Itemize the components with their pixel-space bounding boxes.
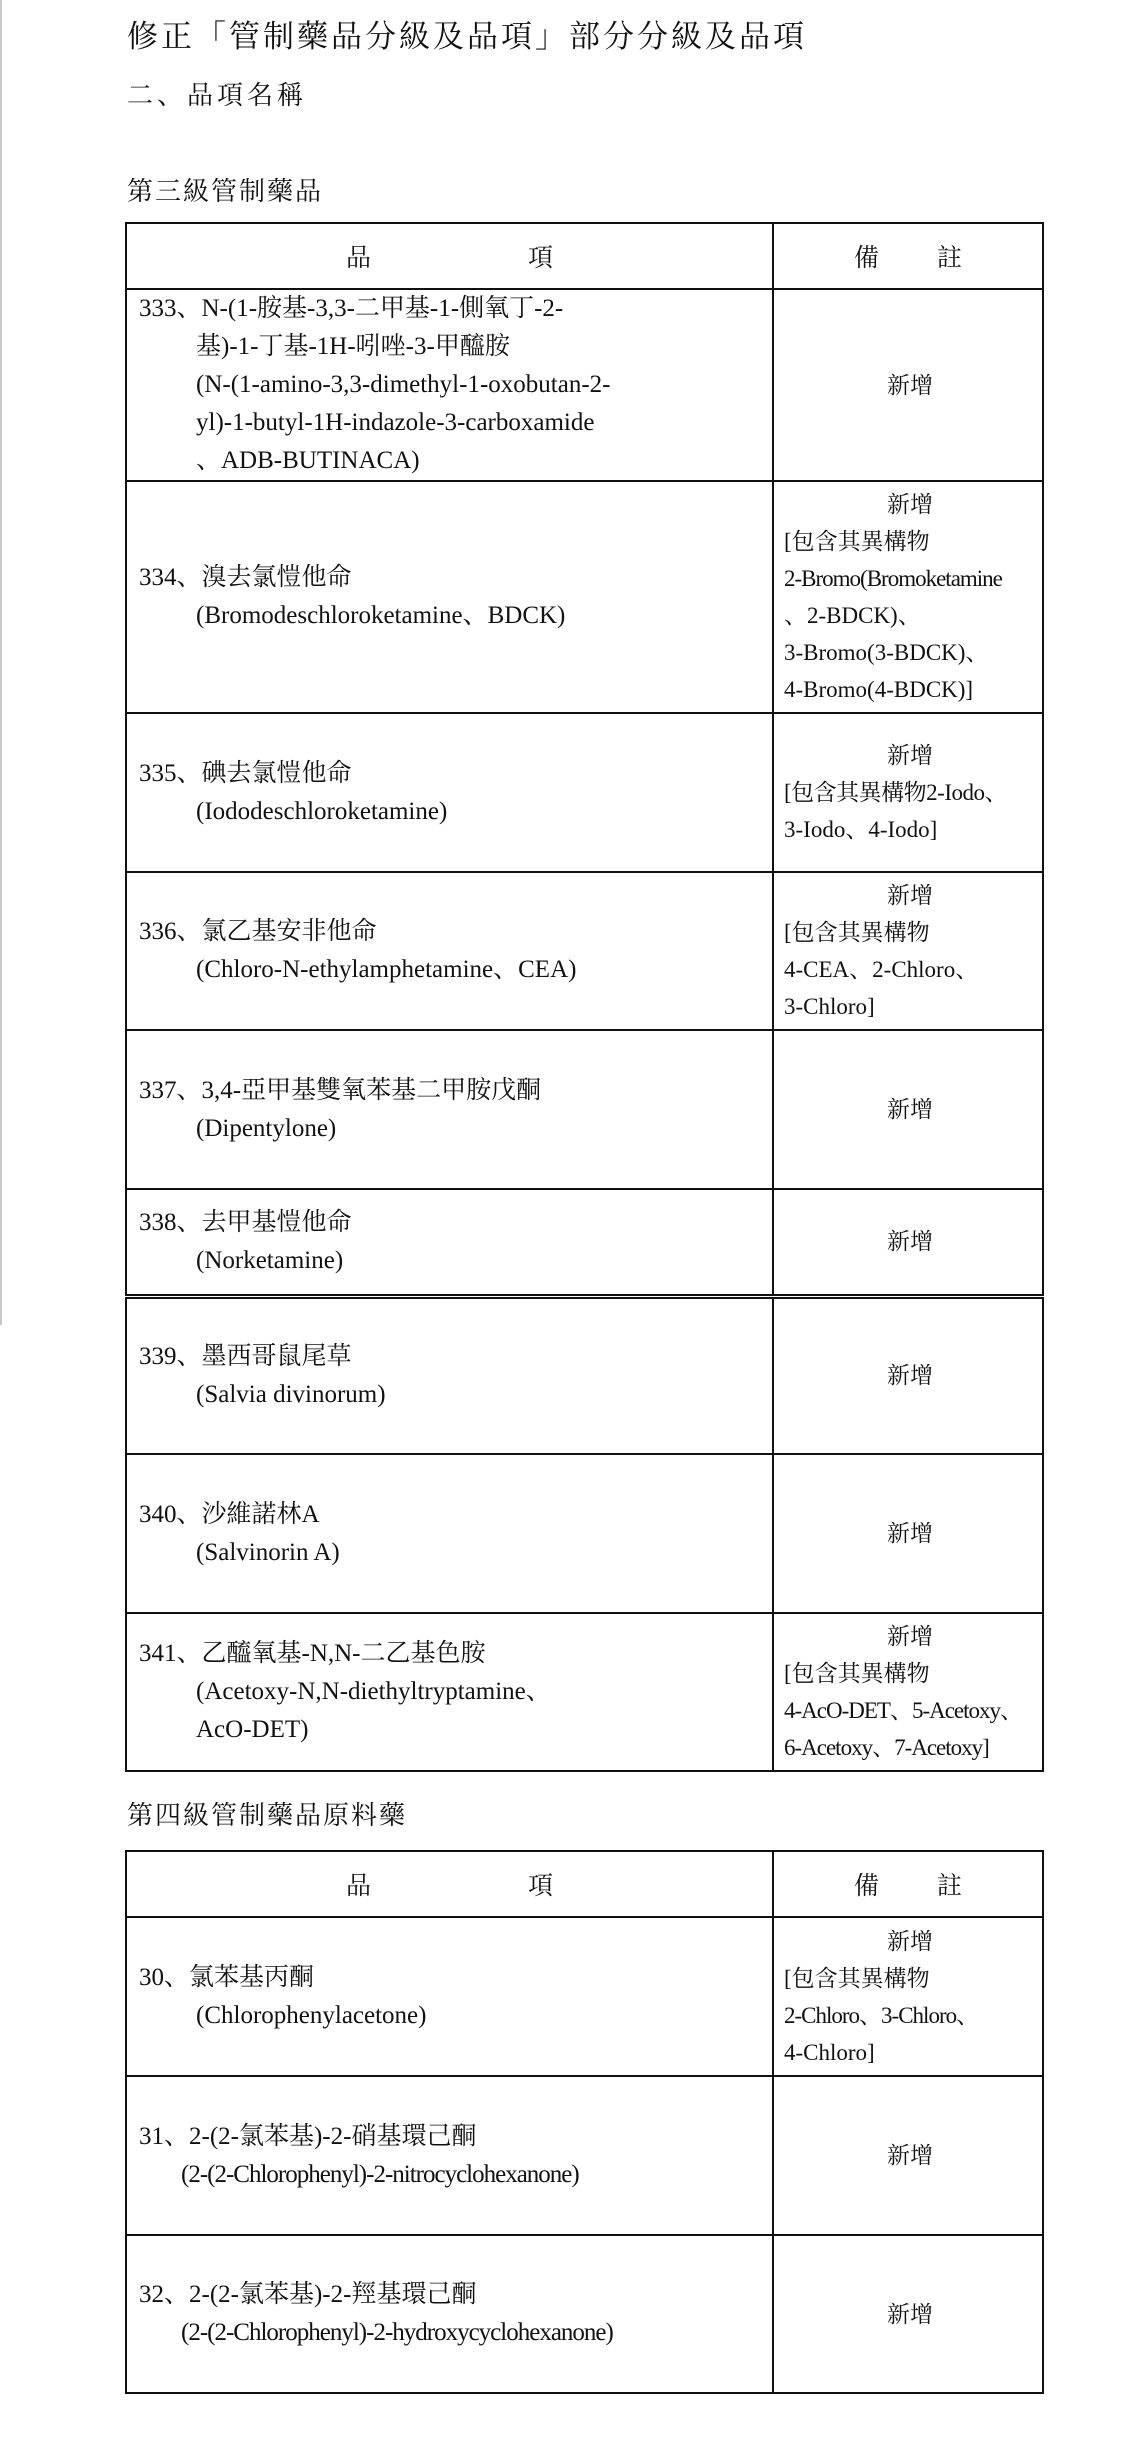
remark-status: 新增 bbox=[784, 1223, 1036, 1260]
item-line: 335、碘去氯愷他命 bbox=[139, 755, 762, 793]
item-line: (2-(2-Chlorophenyl)-2-hydroxycyclohexano… bbox=[139, 2314, 762, 2352]
header-item-char: 項 bbox=[528, 243, 553, 272]
remark-isomer-line: 4-Chloro] bbox=[784, 2034, 1036, 2071]
header-remark: 備註 bbox=[773, 1851, 1043, 1917]
header-item-char: 品 bbox=[346, 243, 371, 272]
item-line: (2-(2-Chlorophenyl)-2-nitrocyclohexanone… bbox=[139, 2156, 762, 2194]
remark-status: 新增 bbox=[784, 1923, 1036, 1960]
item-cell: 340、沙維諾林A (Salvinorin A) bbox=[126, 1454, 773, 1613]
remark-isomer-line: [包含其異構物 bbox=[784, 1655, 1036, 1692]
remark-cell: 新增 bbox=[773, 2076, 1043, 2235]
item-line: 338、去甲基愷他命 bbox=[139, 1204, 762, 1242]
item-line: (Salvinorin A) bbox=[139, 1534, 762, 1572]
item-cell: 339、墨西哥鼠尾草 (Salvia divinorum) bbox=[126, 1296, 773, 1454]
item-line: yl)-1-butyl-1H-indazole-3-carboxamide bbox=[139, 404, 762, 442]
item-line: 337、3,4-亞甲基雙氧苯基二甲胺戊酮 bbox=[139, 1072, 762, 1110]
table-header-row: 品項 備註 bbox=[126, 1851, 1043, 1917]
remark-isomer-line: 6-Acetoxy、7-Acetoxy] bbox=[784, 1729, 1036, 1766]
remark-cell: 新增 bbox=[773, 289, 1043, 481]
item-line: 340、沙維諾林A bbox=[139, 1496, 762, 1534]
item-line: (Acetoxy-N,N-diethyltryptamine、 bbox=[139, 1673, 762, 1711]
item-line: (Bromodeschloroketamine、BDCK) bbox=[139, 597, 762, 635]
header-remark: 備註 bbox=[773, 223, 1043, 289]
item-line: (Norketamine) bbox=[139, 1242, 762, 1280]
remark-cell: 新增 [包含其異構物 4-CEA、2-Chloro、 3-Chloro] bbox=[773, 872, 1043, 1030]
item-line: 32、2-(2-氯苯基)-2-羥基環己酮 bbox=[139, 2276, 762, 2314]
remark-status: 新增 bbox=[784, 2296, 1036, 2333]
header-remark-char: 註 bbox=[937, 1871, 962, 1900]
item-line: 31、2-(2-氯苯基)-2-硝基環己酮 bbox=[139, 2118, 762, 2156]
header-remark-char: 註 bbox=[937, 243, 962, 272]
remark-status: 新增 bbox=[784, 1091, 1036, 1128]
remark-isomer-line: [包含其異構物2-Iodo、 bbox=[784, 774, 1036, 811]
section-subtitle: 二、品項名稱 bbox=[127, 78, 307, 114]
item-cell: 338、去甲基愷他命 (Norketamine) bbox=[126, 1189, 773, 1296]
remark-cell: 新增 bbox=[773, 1454, 1043, 1613]
item-line: 基)-1-丁基-1H-吲唑-3-甲醯胺 bbox=[139, 328, 762, 366]
header-item: 品項 bbox=[126, 1851, 773, 1917]
table-row: 333、N-(1-胺基-3,3-二甲基-1-側氧丁-2- 基)-1-丁基-1H-… bbox=[126, 289, 1043, 481]
schedule-4-table: 品項 備註 30、氯苯基丙酮 (Chlorophenylacetone) 新增 … bbox=[125, 1850, 1044, 2394]
item-cell: 32、2-(2-氯苯基)-2-羥基環己酮 (2-(2-Chlorophenyl)… bbox=[126, 2235, 773, 2393]
table-row: 341、乙醯氧基-N,N-二乙基色胺 (Acetoxy-N,N-diethylt… bbox=[126, 1613, 1043, 1771]
remark-status: 新增 bbox=[784, 367, 1036, 404]
item-cell: 333、N-(1-胺基-3,3-二甲基-1-側氧丁-2- 基)-1-丁基-1H-… bbox=[126, 289, 773, 481]
table-row: 339、墨西哥鼠尾草 (Salvia divinorum) 新增 bbox=[126, 1296, 1043, 1454]
remark-cell: 新增 bbox=[773, 2235, 1043, 2393]
header-remark-char: 備 bbox=[854, 243, 879, 272]
table-row: 336、氯乙基安非他命 (Chloro-N-ethylamphetamine、C… bbox=[126, 872, 1043, 1030]
remark-isomer-line: 2-Bromo(Bromoketamine bbox=[784, 560, 1036, 597]
remark-isomer-line: [包含其異構物 bbox=[784, 1960, 1036, 1997]
item-cell: 335、碘去氯愷他命 (Iododeschloroketamine) bbox=[126, 713, 773, 872]
header-item-char: 項 bbox=[528, 1871, 553, 1900]
remark-status: 新增 bbox=[784, 1515, 1036, 1552]
header-item-char: 品 bbox=[346, 1871, 371, 1900]
item-line: 333、N-(1-胺基-3,3-二甲基-1-側氧丁-2- bbox=[139, 290, 762, 328]
item-line: AcO-DET) bbox=[139, 1711, 762, 1749]
schedule-4-heading: 第四級管制藥品原料藥 bbox=[127, 1798, 407, 1834]
remark-status: 新增 bbox=[784, 737, 1036, 774]
remark-cell: 新增 [包含其異構物 2-Bromo(Bromoketamine 、2-BDCK… bbox=[773, 481, 1043, 713]
table-header-row: 品項 備註 bbox=[126, 223, 1043, 289]
item-cell: 337、3,4-亞甲基雙氧苯基二甲胺戊酮 (Dipentylone) bbox=[126, 1030, 773, 1189]
table-row: 340、沙維諾林A (Salvinorin A) 新增 bbox=[126, 1454, 1043, 1613]
remark-status: 新增 bbox=[784, 1618, 1036, 1655]
item-cell: 31、2-(2-氯苯基)-2-硝基環己酮 (2-(2-Chlorophenyl)… bbox=[126, 2076, 773, 2235]
schedule-3-heading: 第三級管制藥品 bbox=[127, 174, 323, 210]
table-row: 335、碘去氯愷他命 (Iododeschloroketamine) 新增 [包… bbox=[126, 713, 1043, 872]
table-row: 32、2-(2-氯苯基)-2-羥基環己酮 (2-(2-Chlorophenyl)… bbox=[126, 2235, 1043, 2393]
item-line: 336、氯乙基安非他命 bbox=[139, 913, 762, 951]
table-row: 30、氯苯基丙酮 (Chlorophenylacetone) 新增 [包含其異構… bbox=[126, 1917, 1043, 2076]
remark-cell: 新增 bbox=[773, 1296, 1043, 1454]
remark-isomer-line: 4-Bromo(4-BDCK)] bbox=[784, 671, 1036, 708]
header-item: 品項 bbox=[126, 223, 773, 289]
item-cell: 334、溴去氯愷他命 (Bromodeschloroketamine、BDCK) bbox=[126, 481, 773, 713]
table-row: 337、3,4-亞甲基雙氧苯基二甲胺戊酮 (Dipentylone) 新增 bbox=[126, 1030, 1043, 1189]
table-row: 338、去甲基愷他命 (Norketamine) 新增 bbox=[126, 1189, 1043, 1296]
item-line: (N-(1-amino-3,3-dimethyl-1-oxobutan-2- bbox=[139, 366, 762, 404]
item-line: (Salvia divinorum) bbox=[139, 1376, 762, 1414]
remark-cell: 新增 [包含其異構物2-Iodo、 3-Iodo、4-Iodo] bbox=[773, 713, 1043, 872]
item-cell: 336、氯乙基安非他命 (Chloro-N-ethylamphetamine、C… bbox=[126, 872, 773, 1030]
item-line: 339、墨西哥鼠尾草 bbox=[139, 1338, 762, 1376]
header-remark-char: 備 bbox=[854, 1871, 879, 1900]
remark-cell: 新增 [包含其異構物 4-AcO-DET、5-Acetoxy、 6-Acetox… bbox=[773, 1613, 1043, 1771]
remark-cell: 新增 [包含其異構物 2-Chloro、3-Chloro、 4-Chloro] bbox=[773, 1917, 1043, 2076]
item-line: 341、乙醯氧基-N,N-二乙基色胺 bbox=[139, 1635, 762, 1673]
item-line: (Chlorophenylacetone) bbox=[139, 1997, 762, 2035]
item-line: 、ADB-BUTINACA) bbox=[139, 442, 762, 480]
page-edge-divider bbox=[0, 0, 2, 1325]
item-line: 30、氯苯基丙酮 bbox=[139, 1959, 762, 1997]
item-line: 334、溴去氯愷他命 bbox=[139, 559, 762, 597]
remark-isomer-line: 2-Chloro、3-Chloro、 bbox=[784, 1997, 1036, 2034]
remark-isomer-line: 4-AcO-DET、5-Acetoxy、 bbox=[784, 1692, 1036, 1729]
remark-isomer-line: [包含其異構物 bbox=[784, 523, 1036, 560]
remark-isomer-line: 4-CEA、2-Chloro、 bbox=[784, 951, 1036, 988]
remark-cell: 新增 bbox=[773, 1030, 1043, 1189]
remark-status: 新增 bbox=[784, 1357, 1036, 1394]
remark-isomer-line: 3-Chloro] bbox=[784, 988, 1036, 1025]
item-cell: 341、乙醯氧基-N,N-二乙基色胺 (Acetoxy-N,N-diethylt… bbox=[126, 1613, 773, 1771]
item-line: (Chloro-N-ethylamphetamine、CEA) bbox=[139, 951, 762, 989]
table-row: 334、溴去氯愷他命 (Bromodeschloroketamine、BDCK)… bbox=[126, 481, 1043, 713]
remark-cell: 新增 bbox=[773, 1189, 1043, 1296]
document-title: 修正「管制藥品分級及品項」部分分級及品項 bbox=[127, 16, 807, 58]
remark-isomer-line: 3-Iodo、4-Iodo] bbox=[784, 811, 1036, 848]
remark-isomer-line: 、2-BDCK)、 bbox=[784, 597, 1036, 634]
remark-isomer-line: 3-Bromo(3-BDCK)、 bbox=[784, 634, 1036, 671]
table-row: 31、2-(2-氯苯基)-2-硝基環己酮 (2-(2-Chlorophenyl)… bbox=[126, 2076, 1043, 2235]
item-line: (Dipentylone) bbox=[139, 1110, 762, 1148]
schedule-3-table: 品項 備註 333、N-(1-胺基-3,3-二甲基-1-側氧丁-2- 基)-1-… bbox=[125, 222, 1044, 1772]
remark-isomer-line: [包含其異構物 bbox=[784, 914, 1036, 951]
item-line: (Iododeschloroketamine) bbox=[139, 793, 762, 831]
remark-status: 新增 bbox=[784, 2137, 1036, 2174]
remark-status: 新增 bbox=[784, 877, 1036, 914]
item-cell: 30、氯苯基丙酮 (Chlorophenylacetone) bbox=[126, 1917, 773, 2076]
remark-status: 新增 bbox=[784, 486, 1036, 523]
